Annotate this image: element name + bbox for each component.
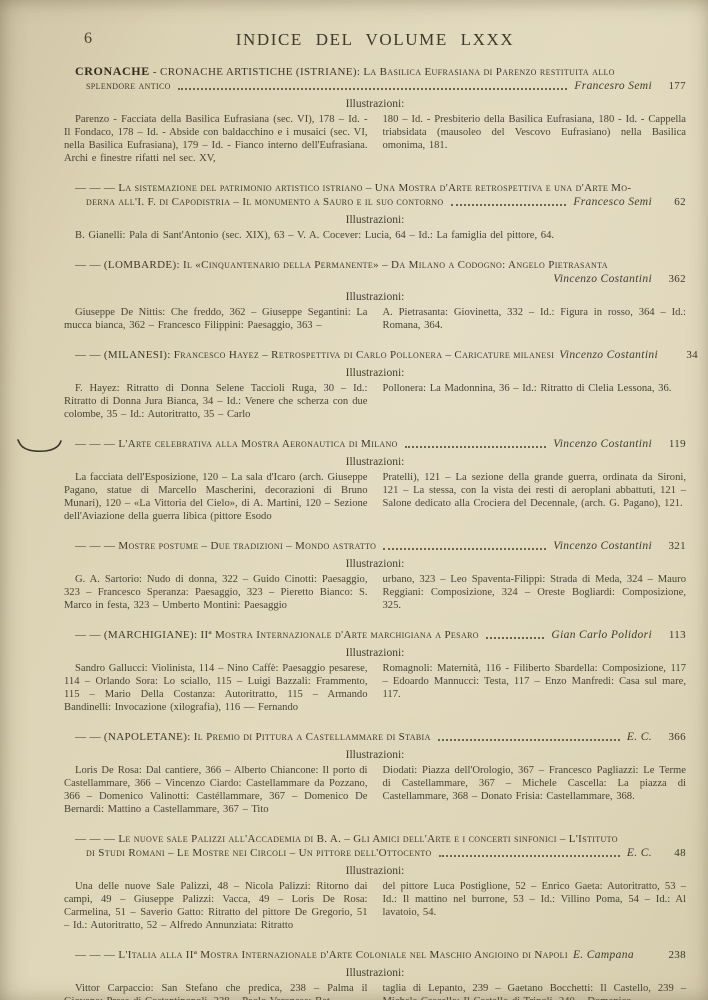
- entry-title-line2: splendore antico Francesro Semi 177: [64, 79, 686, 93]
- page-ref: 238: [660, 948, 686, 962]
- illustrations-label: Illustrazioni:: [64, 290, 686, 304]
- entry-title-line: — — (MILANESI): Francesco Hayez – Retros…: [64, 348, 686, 362]
- leader-dots: [383, 548, 546, 550]
- entry-title-line1: — — (LOMBARDE): Il «Cinquantenario della…: [64, 258, 686, 272]
- illustrations-label: Illustrazioni:: [64, 646, 686, 660]
- page-ref: 113: [660, 628, 686, 642]
- illustration-column-right: del pittore Luca Postiglione, 52 – Enric…: [383, 880, 687, 932]
- illustration-column-right: Romagnoli: Maternità, 116 - Filiberto Sb…: [383, 662, 687, 714]
- illustrations-label: Illustrazioni:: [64, 455, 686, 469]
- leader-dots: [405, 446, 547, 448]
- illustrations-label: Illustrazioni:: [64, 966, 686, 980]
- author-name: Vincenzo Costantini: [553, 437, 652, 451]
- illustration-columns: Parenzo - Facciata della Basilica Eufras…: [64, 113, 686, 165]
- leader-dots: [438, 739, 620, 741]
- illustration-column-left: Giuseppe De Nittis: Che freddo, 362 – Gi…: [64, 306, 368, 332]
- illustration-columns: Giuseppe De Nittis: Che freddo, 362 – Gi…: [64, 306, 686, 332]
- entry-title-text: - CRONACHE ARTISTICHE (ISTRIANE): La Bas…: [150, 66, 615, 78]
- author-name: Vincenzo Costantini: [553, 539, 652, 553]
- index-entry-napoletane: — — (NAPOLETANE): Il Premio di Pittura a…: [64, 730, 686, 816]
- illustration-column-left: La facciata dell'Esposizione, 120 – La s…: [64, 471, 368, 523]
- author-name: Francesco Semi: [573, 195, 652, 209]
- illustrations-label: Illustrazioni:: [64, 748, 686, 762]
- illustrations-label: Illustrazioni:: [64, 213, 686, 227]
- entry-title-line: — — (NAPOLETANE): Il Premio di Pittura a…: [64, 730, 686, 744]
- illustrations-label: Illustrazioni:: [64, 366, 686, 380]
- illustration-columns: Sandro Gallucci: Violinista, 114 – Nino …: [64, 662, 686, 714]
- entry-title-line2: di Studi Romani – Le Mostre nei Circoli …: [64, 846, 686, 860]
- page-ref: 62: [660, 195, 686, 209]
- page-ref: 48: [660, 846, 686, 860]
- volume-title: INDICE DEL VOLUME LXXX: [64, 30, 686, 50]
- entry-title-line1: — — — Le nuove sale Palizzi all'Accademi…: [64, 832, 686, 846]
- index-entry-arte-celebrativa: — — — L'Arte celebrativa alla Mostra Aer…: [64, 437, 686, 523]
- index-entry-mostre-postume: — — — Mostre postume – Due tradizioni – …: [64, 539, 686, 612]
- entry-title-line: — — — L'Arte celebrativa alla Mostra Aer…: [64, 437, 686, 451]
- illustration-columns: Loris De Rosa: Dal cantiere, 366 – Alber…: [64, 764, 686, 816]
- page-ref: 321: [660, 539, 686, 553]
- entry-title-line: — — (MARCHIGIANE): IIª Mostra Internazio…: [64, 628, 686, 642]
- illustration-column-right: Pollonera: La Madonnina, 36 – Id.: Ritra…: [383, 382, 687, 421]
- entry-title-line2: derna all'I. F. di Capodistria – Il monu…: [64, 195, 686, 209]
- page-ref: 177: [660, 79, 686, 93]
- page-ref: 119: [660, 437, 686, 451]
- illustration-column-left: Parenzo - Facciata della Basilica Eufras…: [64, 113, 368, 165]
- handwritten-margin-mark: [17, 438, 63, 454]
- illustration-column-left: Loris De Rosa: Dal cantiere, 366 – Alber…: [64, 764, 368, 816]
- illustration-column-right: 180 – Id. - Presbiterio della Basilica E…: [383, 113, 687, 165]
- illustrations-label: Illustrazioni:: [64, 864, 686, 878]
- scanned-index-page: 6 INDICE DEL VOLUME LXXX CRONACHE - CRON…: [0, 0, 708, 1000]
- illustration-column-left: Vittor Carpaccio: San Stefano che predic…: [64, 982, 368, 1000]
- illustration-column-right: Diodati: Piazza dell'Orologio, 367 – Fra…: [383, 764, 687, 816]
- illustration-line: B. Gianelli: Pala di Sant'Antonio (sec. …: [64, 229, 686, 242]
- section-title: CRONACHE: [75, 64, 150, 78]
- index-entry-milanesi: — — (MILANESI): Francesco Hayez – Retros…: [64, 348, 686, 421]
- entry-title-line: — — — L'Italia alla IIª Mostra Internazi…: [64, 948, 686, 962]
- illustration-column-left: Una delle nuove Sale Palizzi, 48 – Nicol…: [64, 880, 368, 932]
- illustration-columns: G. A. Sartorio: Nudo di donna, 322 – Gui…: [64, 573, 686, 612]
- leader-dots: [178, 88, 568, 90]
- page-ref: 362: [660, 272, 686, 286]
- entry-title-line1: CRONACHE - CRONACHE ARTISTICHE (ISTRIANE…: [64, 64, 686, 79]
- author-name: Vincenzo Costantini: [559, 348, 658, 362]
- author-name: Vincenzo Costantini: [553, 272, 652, 286]
- page-ref: 366: [660, 730, 686, 744]
- index-entry-cronache-istriane: CRONACHE - CRONACHE ARTISTICHE (ISTRIANE…: [64, 64, 686, 165]
- leader-dots: [451, 204, 567, 206]
- index-entry-lombarde: — — (LOMBARDE): Il «Cinquantenario della…: [64, 258, 686, 332]
- illustration-column-left: Sandro Gallucci: Violinista, 114 – Nino …: [64, 662, 368, 714]
- author-name: Francesro Semi: [574, 79, 652, 93]
- index-entry-marchigiane: — — (MARCHIGIANE): IIª Mostra Internazio…: [64, 628, 686, 714]
- index-entry-arte-coloniale: — — — L'Italia alla IIª Mostra Internazi…: [64, 948, 686, 1000]
- illustrations-label: Illustrazioni:: [64, 97, 686, 111]
- entry-title-line1: — — — La sistemazione del patrimonio art…: [64, 181, 686, 195]
- author-name: E. Campana: [573, 948, 634, 962]
- index-entry-sale-palizzi: — — — Le nuove sale Palizzi all'Accademi…: [64, 832, 686, 932]
- author-name: E. C.: [627, 846, 652, 860]
- index-entry-sistemazione-istriana: — — — La sistemazione del patrimonio art…: [64, 181, 686, 242]
- page-number: 6: [84, 30, 93, 48]
- illustration-columns: F. Hayez: Ritratto di Donna Selene Tacci…: [64, 382, 686, 421]
- illustration-column-left: F. Hayez: Ritratto di Donna Selene Tacci…: [64, 382, 368, 421]
- illustration-column-right: urbano, 323 – Leo Spaventa-Filippi: Stra…: [383, 573, 687, 612]
- illustration-column-right: taglia di Lepanto, 239 – Gaetano Bocchet…: [383, 982, 687, 1000]
- illustration-columns: Vittor Carpaccio: San Stefano che predic…: [64, 982, 686, 1000]
- entry-title-line: — — — Mostre postume – Due tradizioni – …: [64, 539, 686, 553]
- leader-dots: [439, 855, 620, 857]
- page-ref: 34: [672, 348, 698, 362]
- illustration-column-left: G. A. Sartorio: Nudo di donna, 322 – Gui…: [64, 573, 368, 612]
- leader-dots: [486, 637, 545, 639]
- illustration-columns: La facciata dell'Esposizione, 120 – La s…: [64, 471, 686, 523]
- author-name: E. C.: [627, 730, 652, 744]
- author-name: Gian Carlo Polidori: [551, 628, 652, 642]
- illustrations-label: Illustrazioni:: [64, 557, 686, 571]
- illustration-columns: Una delle nuove Sale Palizzi, 48 – Nicol…: [64, 880, 686, 932]
- illustration-column-right: A. Pietrasanta: Giovinetta, 332 – Id.: F…: [383, 306, 687, 332]
- entry-title-line2: Vincenzo Costantini 362: [64, 272, 686, 286]
- illustration-column-right: Pratelli), 121 – La sezione della grande…: [383, 471, 687, 523]
- page-header: 6 INDICE DEL VOLUME LXXX: [64, 30, 686, 52]
